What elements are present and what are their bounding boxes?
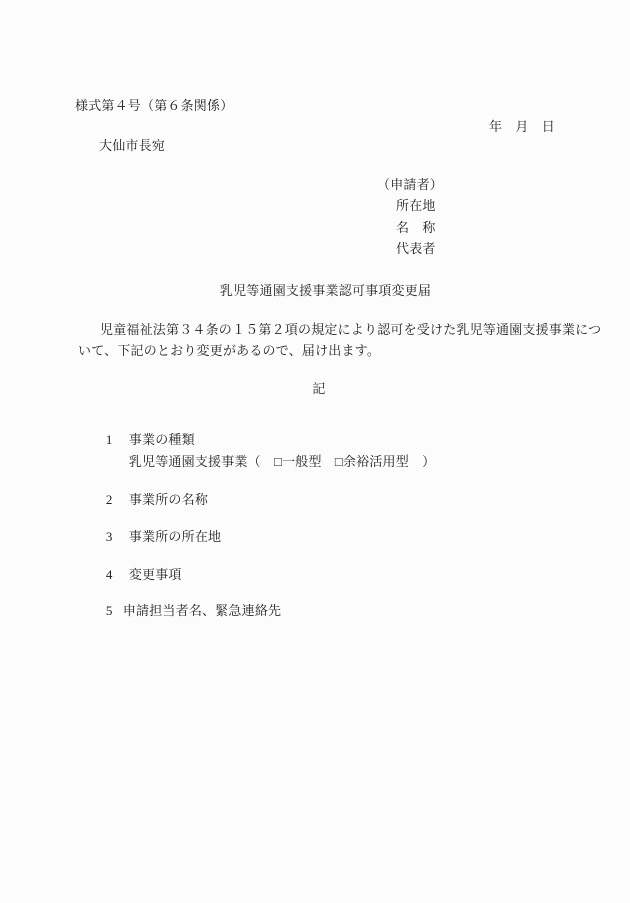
item-5-number: 5 <box>106 603 123 619</box>
checkbox-separator <box>322 454 335 469</box>
applicant-label: （申請者） <box>377 177 443 193</box>
body-paragraph-line2: いて、下記のとおり変更があるので、届け出ます。 <box>78 343 380 359</box>
business-type-suffix: ） <box>409 454 435 469</box>
form-number: 様式第４号（第６条関係） <box>75 98 233 114</box>
checkbox-general-type[interactable]: □一般型 <box>274 454 322 469</box>
applicant-representative-label: 代表者 <box>396 241 436 257</box>
date-line: 年 月 日 <box>489 119 555 135</box>
item-4-label: 変更事項 <box>129 567 182 582</box>
item-2-number: 2 <box>106 492 129 508</box>
checkbox-yoyu-katsuyo-type[interactable]: □余裕活用型 <box>335 454 409 469</box>
item-5: 5申請担当者名、緊急連絡先 <box>92 587 281 635</box>
item-3-label: 事業所の所在地 <box>129 529 221 544</box>
document-title: 乳児等通園支援事業認可事項変更届 <box>21 283 630 299</box>
body-paragraph-line1: 児童福祉法第３４条の１５第２項の規定により認可を受けた乳児等通園支援事業につ <box>100 322 601 338</box>
item-4-number: 4 <box>106 567 129 583</box>
applicant-address-label: 所在地 <box>396 198 436 214</box>
item-5-label: 申請担当者名、緊急連絡先 <box>123 603 281 618</box>
addressee: 大仙市長宛 <box>99 138 165 154</box>
applicant-name-label: 名 称 <box>396 220 436 236</box>
item-3-number: 3 <box>106 529 129 545</box>
document-page: 様式第４号（第６条関係） 年 月 日 大仙市長宛 （申請者） 所在地 名 称 代… <box>0 0 630 903</box>
item-2-label: 事業所の名称 <box>129 492 208 507</box>
record-mark: 記 <box>8 381 630 397</box>
business-type-prefix: 乳児等通園支援事業（ <box>129 454 274 469</box>
